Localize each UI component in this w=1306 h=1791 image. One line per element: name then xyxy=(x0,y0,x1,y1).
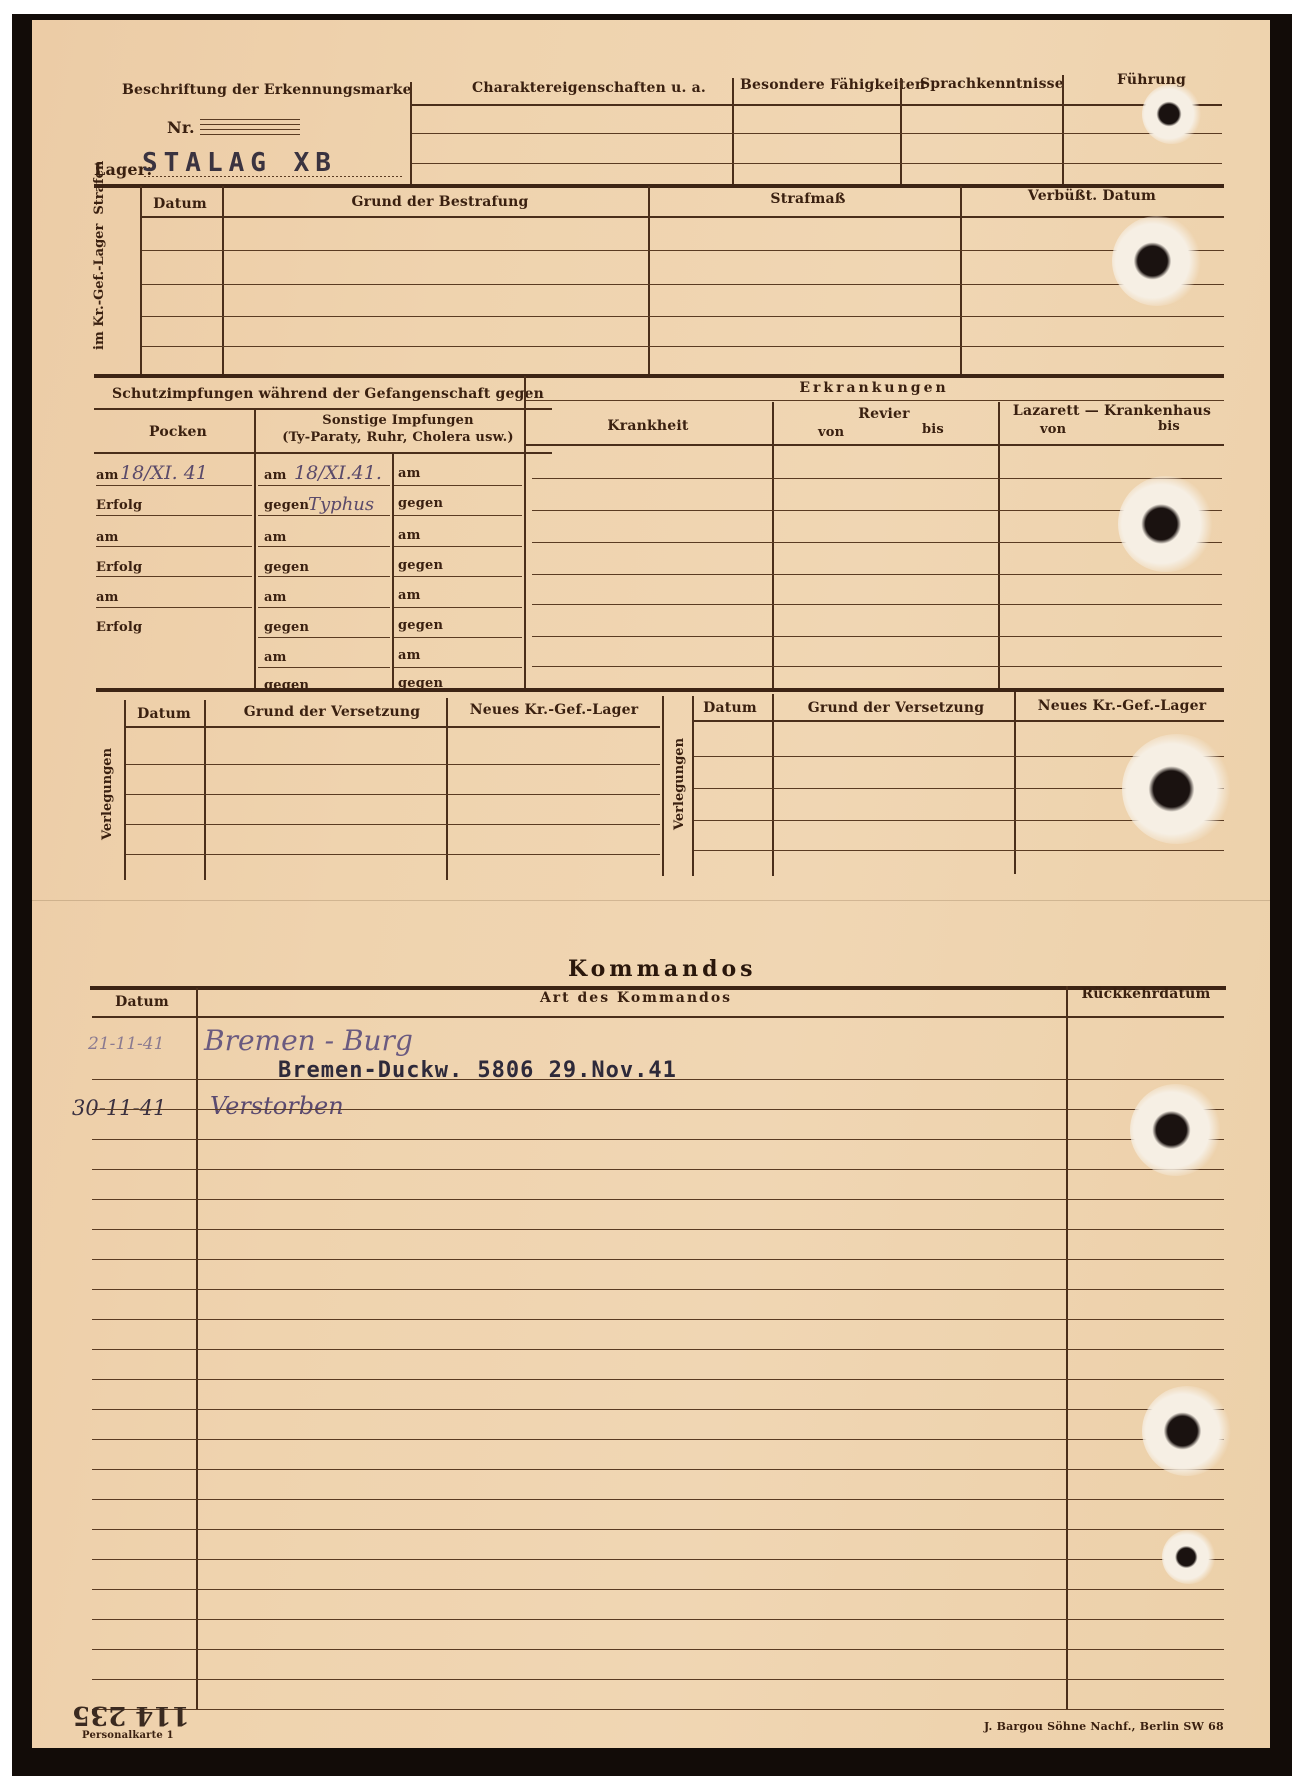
rule xyxy=(142,250,1224,251)
pocken-date-value[interactable]: 18/XI. 41 xyxy=(120,462,208,484)
sonstige-sub: (Ty-Paraty, Ruhr, Cholera usw.) xyxy=(282,430,514,445)
rule xyxy=(526,444,1224,446)
rule xyxy=(258,607,390,608)
sonstige-row: am xyxy=(398,588,421,603)
sonstige-row: gegen xyxy=(398,496,443,511)
punch-hole xyxy=(1122,734,1232,844)
rule xyxy=(394,637,522,638)
rule xyxy=(142,346,1224,347)
punch-hole xyxy=(1130,1084,1222,1176)
rule xyxy=(532,478,1222,479)
sonstige-label: Sonstige Impfungen xyxy=(322,413,474,428)
sonstige-row: am xyxy=(264,650,287,665)
sonstige-row: gegen xyxy=(264,560,309,575)
strafen-side-label: im Kr.-Gef.-Lager Strafen xyxy=(92,161,107,350)
rule xyxy=(94,408,552,410)
rule xyxy=(258,515,390,516)
rule xyxy=(394,546,522,547)
rule xyxy=(394,515,522,516)
impfungen-title: Schutzimpfungen während der Gefangenscha… xyxy=(112,386,544,402)
rule xyxy=(526,400,1224,401)
erkrankungen-title: Erkrankungen xyxy=(799,380,948,396)
sonstige-row: gegen xyxy=(264,498,309,513)
rule xyxy=(142,216,1224,218)
printer-imprint: J. Bargou Söhne Nachf., Berlin SW 68 xyxy=(984,1720,1224,1733)
rule xyxy=(96,576,252,577)
rule xyxy=(126,726,660,728)
pocken-row: am xyxy=(96,468,119,483)
sonstige-row: am xyxy=(264,468,287,483)
lazarett-von-label: von xyxy=(1040,422,1066,437)
sonstige-row: am xyxy=(264,590,287,605)
rule xyxy=(694,720,1224,722)
rule xyxy=(412,133,1222,134)
divider xyxy=(648,186,650,376)
punch-hole xyxy=(1142,1386,1232,1476)
divider xyxy=(524,376,526,692)
sonstige-row: gegen xyxy=(398,558,443,573)
rule xyxy=(394,667,522,668)
revier-bis-label: bis xyxy=(922,422,944,437)
rule xyxy=(394,485,522,486)
section-rule xyxy=(96,688,1224,692)
verlegungen-side-label-left: Verlegungen xyxy=(100,748,115,840)
punch-hole xyxy=(1118,476,1214,572)
verlegungen-col-grund: Grund der Versetzung xyxy=(244,704,421,720)
strafen-col-verbuesst: Verbüßt. Datum xyxy=(1028,188,1156,204)
kommandos-title: Kommandos xyxy=(568,956,757,982)
rule xyxy=(94,452,552,454)
verlegungen-col-datum: Datum xyxy=(137,706,191,722)
verlegungen2-col-datum: Datum xyxy=(703,700,757,716)
pocken-row: am xyxy=(96,590,119,605)
revier-label: Revier xyxy=(858,406,909,422)
pocken-row: Erfolg xyxy=(96,620,142,635)
rule xyxy=(142,316,1224,317)
form-number: Personalkarte 1 xyxy=(82,1730,174,1741)
rule xyxy=(412,163,1222,164)
rule xyxy=(258,637,390,638)
pocken-row: Erfolg xyxy=(96,560,142,575)
divider xyxy=(900,78,902,184)
rule xyxy=(532,574,1222,575)
personalkarte-form: Beschriftung der Erkennungsmarke Nr. Lag… xyxy=(32,20,1270,1748)
kommandos-col-rueckkehr: Rückkehrdatum xyxy=(1081,986,1210,1002)
divider xyxy=(960,186,962,376)
kommandos-ruled-lines xyxy=(92,1050,1224,1710)
rule xyxy=(142,284,1224,285)
punch-hole xyxy=(1112,216,1202,306)
nr-label: Nr. xyxy=(167,118,195,137)
strafen-col-datum: Datum xyxy=(153,196,207,212)
sonstige-gegen-value[interactable]: Typhus xyxy=(308,494,374,515)
rule xyxy=(532,666,1222,667)
verlegungen-col-lager: Neues Kr.-Gef.-Lager xyxy=(470,702,639,718)
nr-line xyxy=(200,119,300,120)
rule xyxy=(92,1016,1224,1018)
rule xyxy=(96,485,252,486)
pocken-label: Pocken xyxy=(149,424,207,440)
pocken-row: Erfolg xyxy=(96,498,142,513)
lazarett-bis-label: bis xyxy=(1158,419,1180,434)
rule xyxy=(694,850,1224,851)
rule xyxy=(126,824,660,825)
rule xyxy=(412,104,1222,106)
rule xyxy=(532,636,1222,637)
punch-hole xyxy=(1162,1530,1216,1584)
rule xyxy=(394,607,522,608)
krankheit-label: Krankheit xyxy=(607,418,688,434)
sonstige-date-value[interactable]: 18/XI.41. xyxy=(294,462,382,484)
verlegungen2-col-lager: Neues Kr.-Gef.-Lager xyxy=(1038,698,1207,714)
divider xyxy=(1062,75,1064,184)
divider xyxy=(140,186,142,376)
col-sprachkenntnisse: Sprachkenntnisse xyxy=(920,76,1064,92)
sonstige-row: gegen xyxy=(398,618,443,633)
fold-line xyxy=(32,900,1270,901)
rule xyxy=(258,546,390,547)
sonstige-row: am xyxy=(398,648,421,663)
rule xyxy=(96,607,252,608)
nr-line xyxy=(200,129,300,130)
section-rule xyxy=(94,374,1224,378)
strafen-col-grund: Grund der Bestrafung xyxy=(351,194,528,210)
divider xyxy=(254,408,256,690)
kommandos-col-datum: Datum xyxy=(115,994,169,1010)
nr-line xyxy=(200,124,300,125)
divider xyxy=(392,452,394,690)
rule xyxy=(532,510,1222,511)
col-faehigkeiten: Besondere Fähigkeiten xyxy=(740,77,925,93)
pocken-row: am xyxy=(96,530,119,545)
strafen-col-strafmass: Strafmaß xyxy=(770,191,845,207)
verlegungen2-col-grund: Grund der Versetzung xyxy=(808,700,985,716)
punch-hole xyxy=(1142,84,1202,144)
divider xyxy=(222,186,224,376)
nr-line xyxy=(200,134,300,135)
col-charakter: Charaktereigenschaften u. a. xyxy=(472,80,706,96)
lazarett-label: Lazarett — Krankenhaus xyxy=(1013,403,1211,419)
rule xyxy=(126,794,660,795)
rule xyxy=(394,576,522,577)
rule xyxy=(258,485,390,486)
kommandos-col-art: Art des Kommandos xyxy=(540,990,732,1006)
divider xyxy=(662,696,664,876)
rule xyxy=(96,515,252,516)
erkennungsmarke-label: Beschriftung der Erkennungsmarke xyxy=(122,82,412,98)
sonstige-row: am xyxy=(398,528,421,543)
rule xyxy=(126,764,660,765)
sonstige-row: am xyxy=(398,466,421,481)
rule xyxy=(96,546,252,547)
archive-number: 114 235 xyxy=(72,1700,190,1730)
lager-stamp[interactable]: STALAG XB xyxy=(142,148,337,178)
rule xyxy=(532,542,1222,543)
rule xyxy=(532,604,1222,605)
revier-von-label: von xyxy=(818,425,844,440)
lager-dotted-line xyxy=(144,176,404,177)
sonstige-row: am xyxy=(264,530,287,545)
rule xyxy=(126,854,660,855)
rule xyxy=(258,576,390,577)
divider xyxy=(732,78,734,184)
divider xyxy=(692,696,694,876)
verlegungen-side-label-right: Verlegungen xyxy=(672,738,687,830)
sonstige-row: gegen xyxy=(264,620,309,635)
rule xyxy=(258,667,390,668)
